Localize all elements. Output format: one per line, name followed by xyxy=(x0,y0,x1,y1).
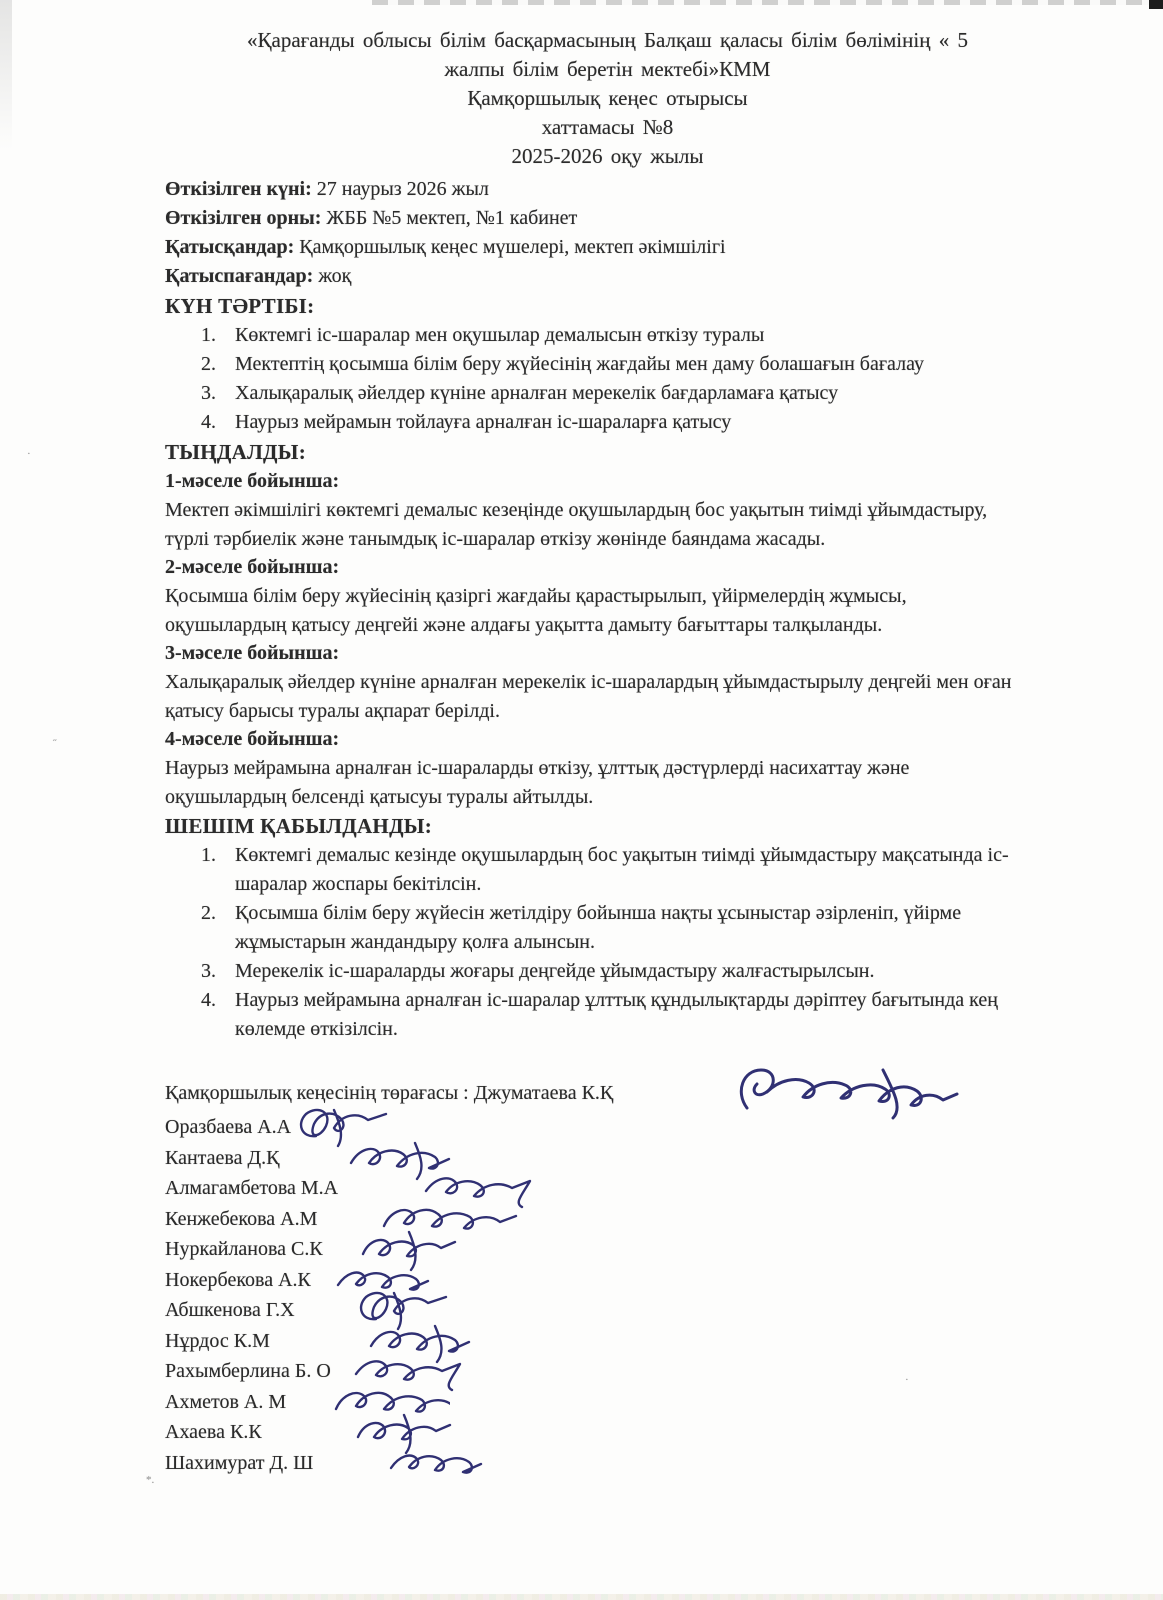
issue-text: Қосымша білім беру жүйесінің қазіргі жағ… xyxy=(165,582,1030,639)
decision-item: 3. Мерекелік іс-шараларды жоғары деңгейд… xyxy=(165,957,1030,986)
member-name: Алмагамбетова М.А xyxy=(165,1177,338,1199)
decision-item-text: Қосымша білім беру жүйесін жетілдіру бой… xyxy=(235,899,1030,957)
member-name: Нуркайланова С.К xyxy=(165,1238,323,1260)
member-signature-row: Кантаева Д.Қ xyxy=(165,1143,1030,1174)
scanned-protocol-page: · ˝ · *. «Қарағанды облысы білім басқарм… xyxy=(0,0,1163,1600)
agenda-item-number: 1. xyxy=(165,321,235,350)
member-signature-row: Нұрдос К.М xyxy=(165,1326,1030,1357)
agenda-item-number: 3. xyxy=(165,379,235,408)
issue-label: 3-мәселе бойынша: xyxy=(165,639,1030,668)
member-signature-row: Шахимурат Д. Ш xyxy=(165,1448,1030,1479)
meta-section: Өткізілген күні: 27 наурыз 2026 жыл Өткі… xyxy=(165,175,1030,291)
issue-block: 4-мәселе бойынша: Наурыз мейрамына арнал… xyxy=(165,725,1030,811)
meta-value: 27 наурыз 2026 жыл xyxy=(317,178,489,200)
scan-artifact-top-edge xyxy=(372,0,1163,5)
member-signature-row: Ахаева К.К xyxy=(165,1417,1030,1448)
decision-item: 2. Қосымша білім беру жүйесін жетілдіру … xyxy=(165,899,1030,957)
decision-item-text: Мерекелік іс-шараларды жоғары деңгейде ұ… xyxy=(235,957,1030,986)
decision-item-number: 3. xyxy=(165,957,235,986)
member-name: Ахметов А. М xyxy=(165,1391,286,1413)
title-line-5: 2025-2026 оқу жылы xyxy=(125,142,1090,171)
title-line-4: хаттамасы №8 xyxy=(125,113,1090,142)
member-signature-row: Алмагамбетова М.А xyxy=(165,1173,1030,1204)
agenda-heading: КҮН ТӘРТІБІ: xyxy=(165,291,1030,321)
issue-text: Наурыз мейрамына арналған іс-шараларды ө… xyxy=(165,754,1030,811)
agenda-item-number: 2. xyxy=(165,350,235,379)
issue-block: 1-мәселе бойынша: Мектеп әкімшілігі көкт… xyxy=(165,467,1030,553)
meta-label: Қатыспағандар: xyxy=(165,265,313,287)
meta-value: Қамқоршылық кеңес мүшелері, мектеп әкімш… xyxy=(299,236,725,258)
meta-row: Қатысқандар: Қамқоршылық кеңес мүшелері,… xyxy=(165,233,1030,262)
member-name: Нұрдос К.М xyxy=(165,1330,270,1352)
decision-item-text: Наурыз мейрамына арналған іс-шаралар ұлт… xyxy=(235,986,1030,1044)
document-content: «Қарағанды облысы білім басқармасының Ба… xyxy=(165,26,1030,1478)
member-name: Шахимурат Д. Ш xyxy=(165,1452,313,1474)
decision-item: 4. Наурыз мейрамына арналған іс-шаралар … xyxy=(165,986,1030,1044)
member-name: Рахымберлина Б. О xyxy=(165,1360,331,1382)
agenda-item-text: Халықаралық әйелдер күніне арналған мере… xyxy=(235,379,1030,408)
meta-row: Өткізілген орны: ЖББ №5 мектеп, №1 кабин… xyxy=(165,204,1030,233)
member-signature-row: Нуркайланова С.К xyxy=(165,1234,1030,1265)
issue-label: 1-мәселе бойынша: xyxy=(165,467,1030,496)
meta-label: Өткізілген орны: xyxy=(165,207,321,229)
member-name: Оразбаева А.А xyxy=(165,1116,291,1138)
title-line-2: жалпы білім беретін мектебі»КММ xyxy=(125,55,1090,84)
agenda-item: 3. Халықаралық әйелдер күніне арналған м… xyxy=(165,379,1030,408)
heard-heading: ТЫҢДАЛДЫ: xyxy=(165,437,1030,467)
decisions-heading: ШЕШІМ ҚАБЫЛДАНДЫ: xyxy=(165,811,1030,841)
member-name: Кенжебекова А.М xyxy=(165,1208,317,1230)
meta-value: жоқ xyxy=(318,265,351,287)
scan-artifact-bottom-edge xyxy=(0,1594,1163,1600)
member-signature-row: Нокербекова А.К xyxy=(165,1265,1030,1296)
member-name: Ахаева К.К xyxy=(165,1421,262,1443)
agenda-list: 1. Көктемгі іс-шаралар мен оқушылар дема… xyxy=(165,321,1030,437)
scan-speck: ˝ xyxy=(53,738,57,750)
member-signature-row: Рахымберлина Б. О xyxy=(165,1356,1030,1387)
issue-text: Мектеп әкімшілігі көктемгі демалыс кезең… xyxy=(165,496,1030,553)
member-name: Абшкенова Г.Х xyxy=(165,1299,295,1321)
agenda-item: 2. Мектептің қосымша білім беру жүйесіні… xyxy=(165,350,1030,379)
signature-section: Қамқоршылық кеңесінің төрағасы : Джумата… xyxy=(165,1078,1030,1478)
decision-item: 1. Көктемгі демалыс кезінде оқушылардың … xyxy=(165,841,1030,899)
member-signature-row: Ахметов А. М xyxy=(165,1387,1030,1418)
agenda-item: 4. Наурыз мейрамын тойлауға арналған іс-… xyxy=(165,408,1030,437)
chairman-line: Қамқоршылық кеңесінің төрағасы : Джумата… xyxy=(165,1082,613,1104)
agenda-item-text: Наурыз мейрамын тойлауға арналған іс-шар… xyxy=(235,408,1030,437)
member-name: Кантаева Д.Қ xyxy=(165,1147,279,1169)
meta-label: Өткізілген күні: xyxy=(165,178,312,200)
meta-label: Қатысқандар: xyxy=(165,236,294,258)
agenda-item: 1. Көктемгі іс-шаралар мен оқушылар дема… xyxy=(165,321,1030,350)
meta-value: ЖББ №5 мектеп, №1 кабинет xyxy=(326,207,577,229)
scan-artifact-left-smudge xyxy=(0,0,12,150)
agenda-item-text: Мектептің қосымша білім беру жүйесінің ж… xyxy=(235,350,1030,379)
decision-item-number: 2. xyxy=(165,899,235,957)
member-signature-row: Оразбаева А.А xyxy=(165,1112,1030,1143)
scan-artifact-corner-mark xyxy=(1149,0,1163,9)
decisions-list: 1. Көктемгі демалыс кезінде оқушылардың … xyxy=(165,841,1030,1044)
issue-label: 4-мәселе бойынша: xyxy=(165,725,1030,754)
meta-row: Қатыспағандар: жоқ xyxy=(165,262,1030,291)
agenda-item-text: Көктемгі іс-шаралар мен оқушылар демалыс… xyxy=(235,321,1030,350)
issue-block: 2-мәселе бойынша: Қосымша білім беру жүй… xyxy=(165,553,1030,639)
member-signature-rows: Оразбаева А.АКантаева Д.ҚАлмагамбетова М… xyxy=(165,1112,1030,1478)
chairman-row: Қамқоршылық кеңесінің төрағасы : Джумата… xyxy=(165,1078,1030,1112)
heard-issues: 1-мәселе бойынша: Мектеп әкімшілігі көкт… xyxy=(165,467,1030,811)
member-signature-row: Абшкенова Г.Х xyxy=(165,1295,1030,1326)
title-line-3: Қамқоршылық кеңес отырысы xyxy=(125,84,1090,113)
document-title: «Қарағанды облысы білім басқармасының Ба… xyxy=(125,26,1090,171)
issue-block: 3-мәселе бойынша: Халықаралық әйелдер кү… xyxy=(165,639,1030,725)
meta-row: Өткізілген күні: 27 наурыз 2026 жыл xyxy=(165,175,1030,204)
decision-item-text: Көктемгі демалыс кезінде оқушылардың бос… xyxy=(235,841,1030,899)
member-signature-row: Кенжебекова А.М xyxy=(165,1204,1030,1235)
decision-item-number: 1. xyxy=(165,841,235,899)
member-name: Нокербекова А.К xyxy=(165,1269,311,1291)
scan-speck: *. xyxy=(146,1474,154,1486)
scan-speck: · xyxy=(27,448,31,460)
agenda-item-number: 4. xyxy=(165,408,235,437)
issue-label: 2-мәселе бойынша: xyxy=(165,553,1030,582)
title-line-1: «Қарағанды облысы білім басқармасының Ба… xyxy=(125,26,1090,55)
issue-text: Халықаралық әйелдер күніне арналған мере… xyxy=(165,668,1030,725)
decision-item-number: 4. xyxy=(165,986,235,1044)
